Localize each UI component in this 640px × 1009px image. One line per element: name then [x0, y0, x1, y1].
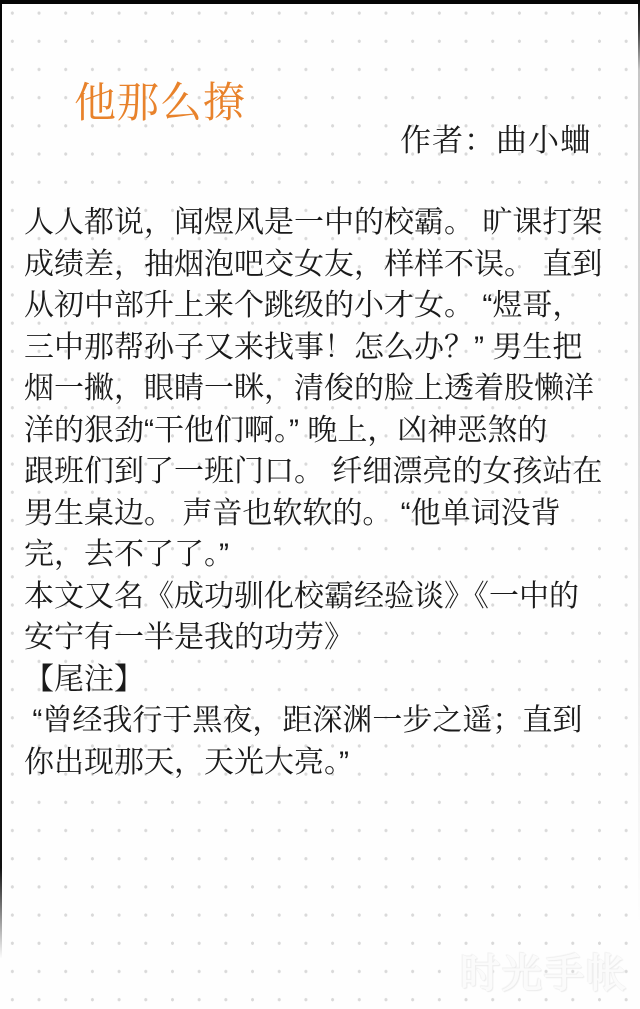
author-line: 作者：曲小蛐 [400, 122, 592, 159]
left-edge-border [0, 0, 2, 1009]
top-edge-border [0, 0, 640, 4]
watermark-app-logo: 时光手帐 [460, 942, 628, 999]
book-title: 他那么撩 [74, 80, 246, 126]
synopsis-text: 人人都说，闻煜风是一中的校霸。 旷课打架 成绩差，抽烟泡吧交女友，样样不误。 直… [24, 202, 630, 783]
